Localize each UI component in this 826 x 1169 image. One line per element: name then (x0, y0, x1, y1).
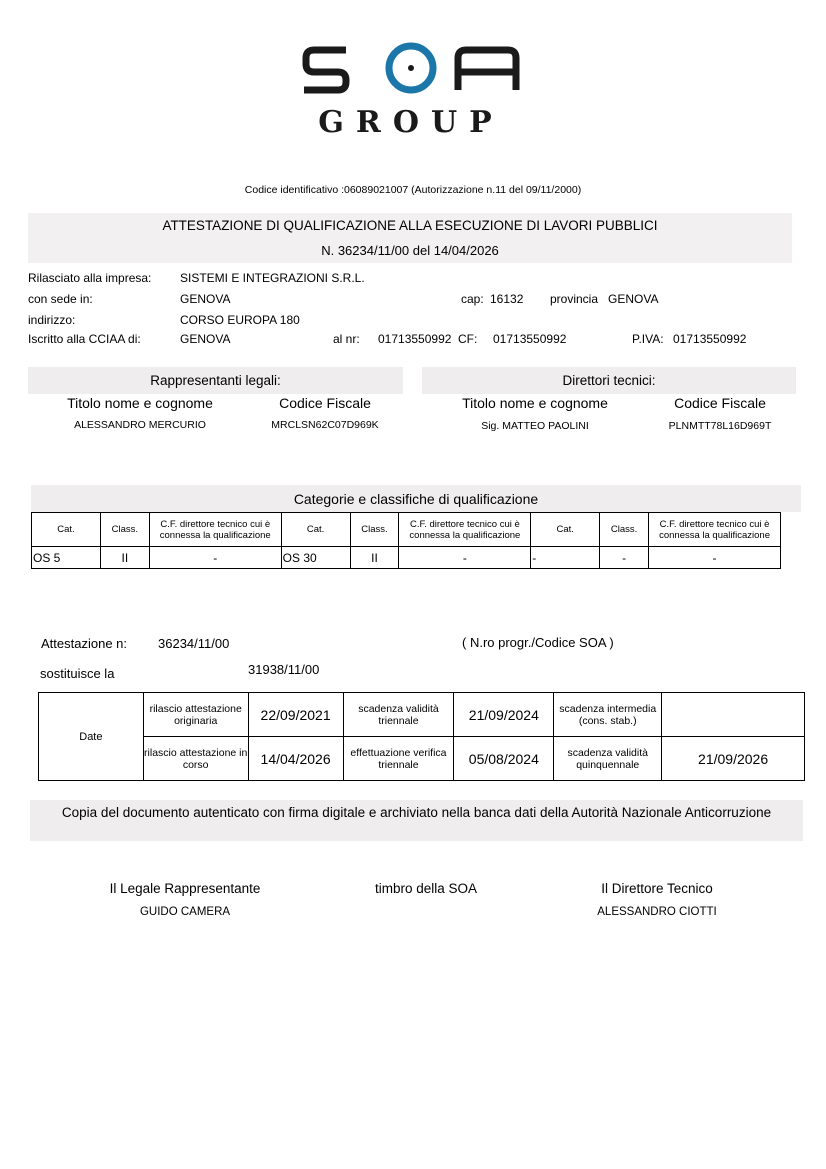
class-cell: II (100, 547, 149, 569)
sostituisce-value: 31938/11/00 (248, 662, 319, 677)
categorie-table: Cat. Class. C.F. direttore tecnico cui è… (31, 512, 781, 569)
header-cell: Class. (350, 513, 399, 547)
tecnici-col-name: Titolo nome e cognome (445, 395, 625, 411)
provincia-label: provincia (550, 292, 598, 306)
legale-cf: MRCLSN62C07D969K (250, 419, 400, 431)
date-label: Date (39, 693, 144, 781)
table-row: OS 5 II - OS 30 II - - - - (32, 547, 781, 569)
cat-cell: OS 30 (281, 547, 350, 569)
header-cell: Class. (600, 513, 649, 547)
cap-label: cap: (461, 292, 484, 306)
scadenza-quinquennale-label: scadenza validità quinquennale (554, 737, 662, 781)
cf-value: 01713550992 (493, 332, 566, 346)
verifica-triennale-label: effettuazione verifica triennale (343, 737, 454, 781)
rilascio-originaria-value: 22/09/2021 (248, 693, 343, 737)
cf-cell: - (149, 547, 281, 569)
legali-col-name: Titolo nome e cognome (50, 395, 230, 411)
cciaa-label: Iscritto alla CCIAA di: (28, 332, 141, 346)
cat-cell: OS 5 (32, 547, 101, 569)
sostituisce-label: sostituisce la (40, 666, 114, 681)
cf-cell: - (399, 547, 531, 569)
scadenza-intermedia-label: scadenza intermedia (cons. stab.) (554, 693, 662, 737)
legali-col-cf: Codice Fiscale (250, 395, 400, 411)
class-cell: II (350, 547, 399, 569)
dates-row-1: Date rilascio attestazione originaria 22… (39, 693, 805, 737)
tecnici-col-cf: Codice Fiscale (645, 395, 795, 411)
impresa-label: Rilasciato alla impresa: (28, 271, 151, 285)
scadenza-intermedia-value (662, 693, 805, 737)
direttore-signature-title: Il Direttore Tecnico (567, 881, 747, 896)
header-cell: Cat. (531, 513, 600, 547)
nr-label: al nr: (333, 332, 360, 346)
provincia-value: GENOVA (608, 292, 658, 306)
legale-name: ALESSANDRO MERCURIO (50, 419, 230, 431)
header-cell: C.F. direttore tecnico cui è connessa la… (399, 513, 531, 547)
timbro-soa: timbro della SOA (346, 881, 506, 896)
direttore-signature-name: ALESSANDRO CIOTTI (567, 906, 747, 918)
sede-value: GENOVA (180, 292, 230, 306)
piva-value: 01713550992 (673, 332, 746, 346)
soa-logo-icon: GROUP (300, 36, 522, 136)
header-cell: Cat. (281, 513, 350, 547)
codice-identificativo: Codice identificativo :06089021007 (Auto… (0, 184, 826, 196)
verifica-triennale-value: 05/08/2024 (454, 737, 554, 781)
categorie-header-row: Cat. Class. C.F. direttore tecnico cui è… (32, 513, 781, 547)
rilascio-corso-value: 14/04/2026 (248, 737, 343, 781)
dates-table: Date rilascio attestazione originaria 22… (38, 692, 805, 781)
rilascio-corso-label: rilascio attestazione in corso (143, 737, 248, 781)
piva-label: P.IVA: (632, 332, 664, 346)
indirizzo-value: CORSO EUROPA 180 (180, 313, 300, 327)
scadenza-quinquennale-value: 21/09/2026 (662, 737, 805, 781)
rilascio-originaria-label: rilascio attestazione originaria (143, 693, 248, 737)
tecnico-name: Sig. MATTEO PAOLINI (445, 420, 625, 432)
legale-signature-name: GUIDO CAMERA (95, 906, 275, 918)
categorie-header: Categorie e classifiche di qualificazion… (31, 485, 801, 512)
cciaa-value: GENOVA (180, 332, 230, 346)
cat-cell: - (531, 547, 600, 569)
attestazione-label: Attestazione n: (41, 636, 127, 651)
header-cell: Class. (100, 513, 149, 547)
title-band: ATTESTAZIONE DI QUALIFICAZIONE ALLA ESEC… (28, 213, 792, 263)
legali-header: Rappresentanti legali: (28, 367, 403, 394)
cf-label: CF: (458, 332, 477, 346)
dates-row-2: rilascio attestazione in corso 14/04/202… (39, 737, 805, 781)
tecnico-cf: PLNMTT78L16D969T (645, 420, 795, 432)
sede-label: con sede in: (28, 292, 93, 306)
header-cell: C.F. direttore tecnico cui è connessa la… (149, 513, 281, 547)
header-cell: Cat. (32, 513, 101, 547)
cf-cell: - (649, 547, 781, 569)
tecnici-header: Direttori tecnici: (422, 367, 796, 394)
document-number: N. 36234/11/00 del 14/04/2026 (28, 243, 792, 258)
indirizzo-label: indirizzo: (28, 313, 75, 327)
document-title: ATTESTAZIONE DI QUALIFICAZIONE ALLA ESEC… (28, 218, 792, 233)
attestazione-note: ( N.ro progr./Codice SOA ) (462, 635, 614, 650)
class-cell: - (600, 547, 649, 569)
header-cell: C.F. direttore tecnico cui è connessa la… (649, 513, 781, 547)
cap-value: 16132 (490, 292, 523, 306)
soa-group-logo: GROUP (300, 36, 522, 136)
legale-signature-title: Il Legale Rappresentante (95, 881, 275, 896)
anac-note: Copia del documento autenticato con firm… (30, 800, 803, 841)
scadenza-triennale-value: 21/09/2024 (454, 693, 554, 737)
attestazione-value: 36234/11/00 (158, 636, 229, 651)
svg-text:GROUP: GROUP (318, 105, 503, 136)
nr-value: 01713550992 (378, 332, 451, 346)
scadenza-triennale-label: scadenza validità triennale (343, 693, 454, 737)
impresa-value: SISTEMI E INTEGRAZIONI S.R.L. (180, 271, 365, 285)
